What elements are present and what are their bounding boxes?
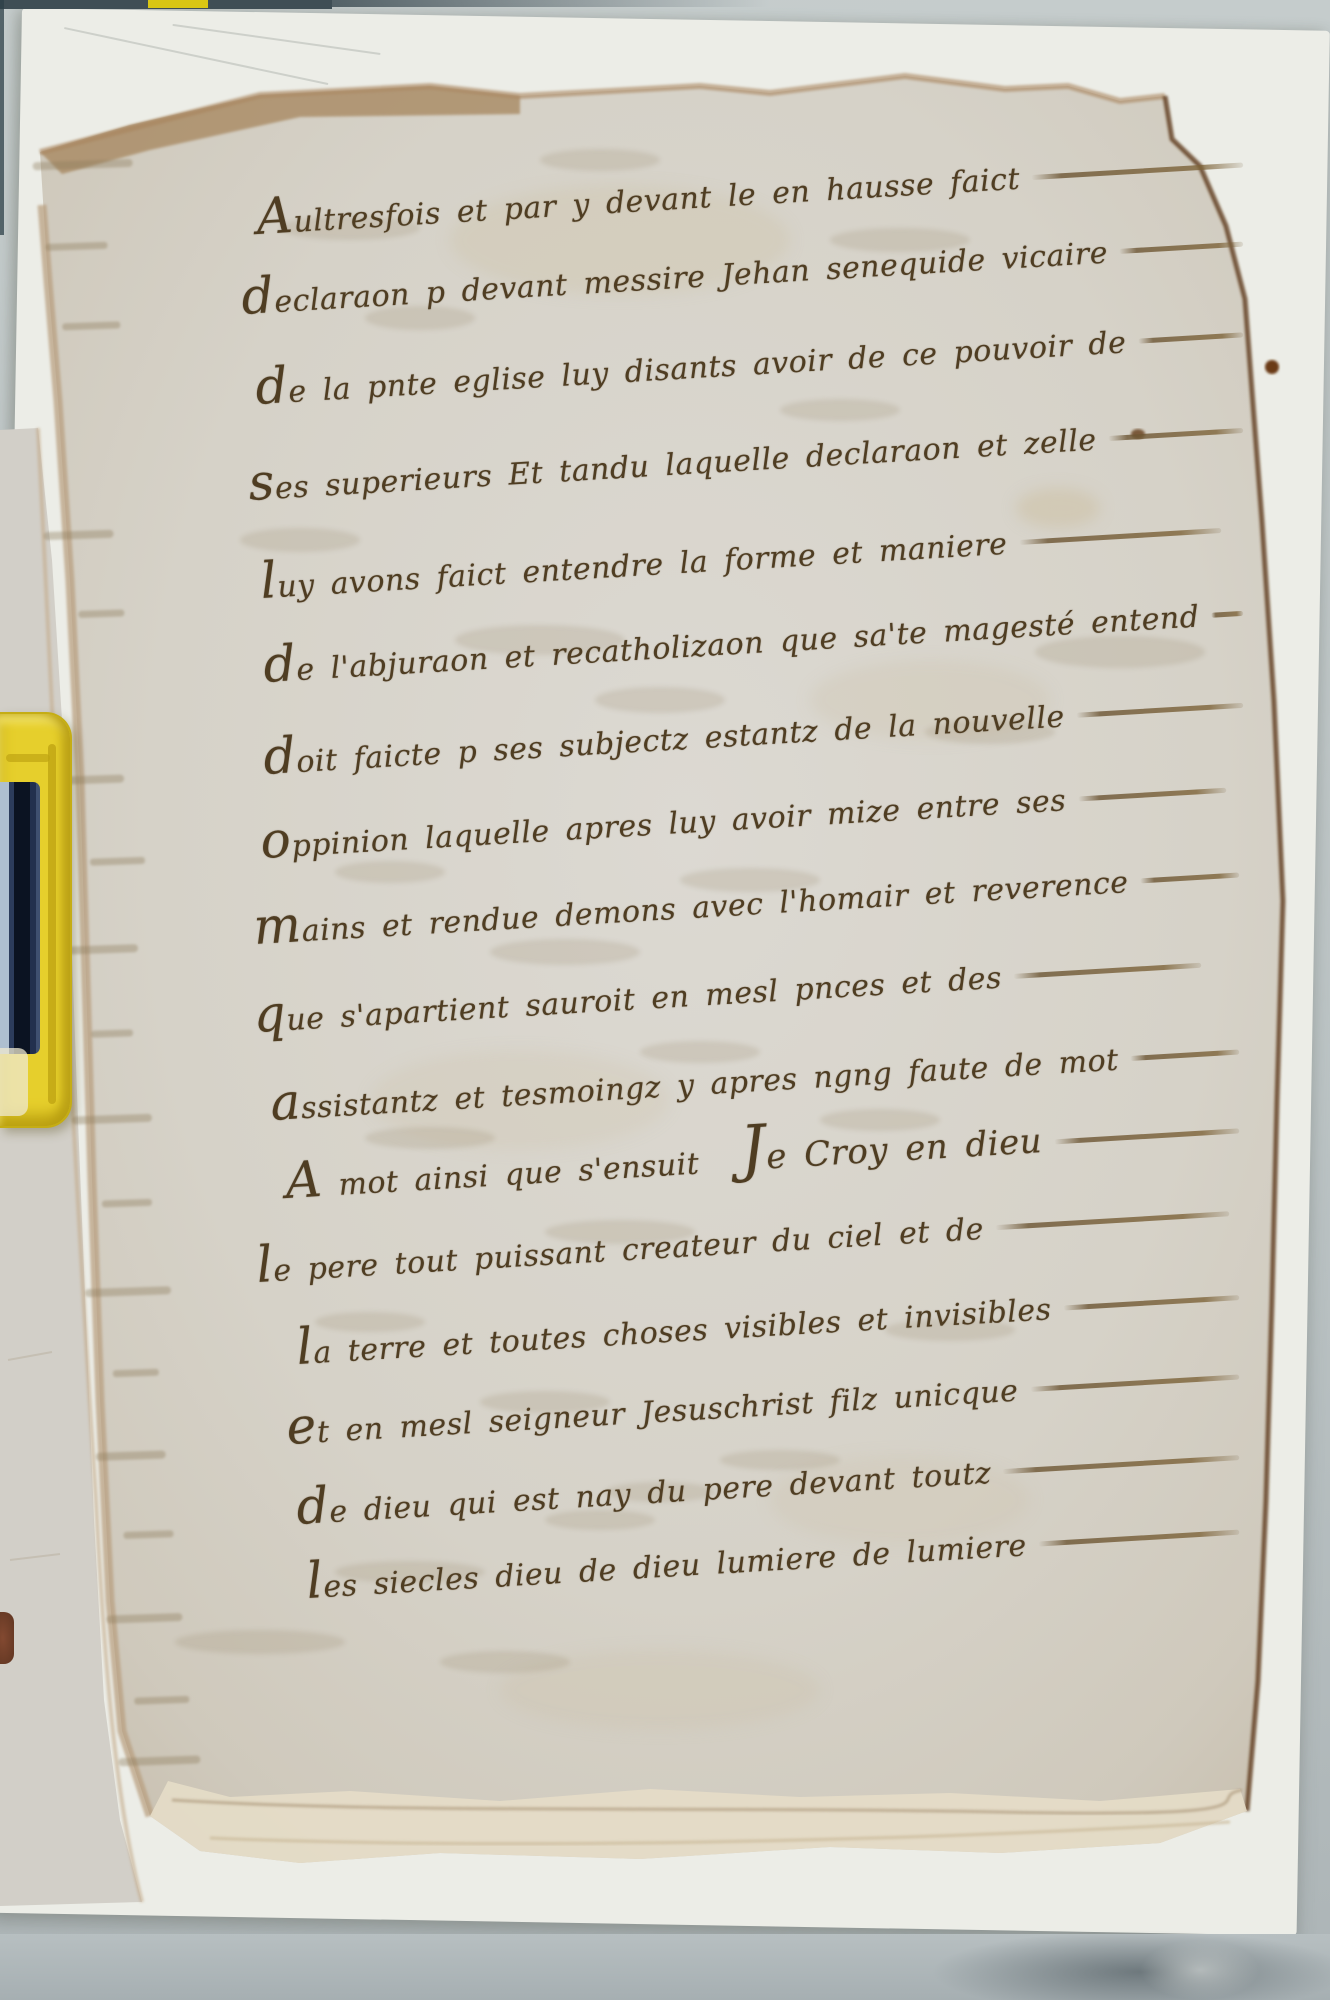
line-end-flourish xyxy=(1054,1128,1239,1144)
clip-groove xyxy=(48,744,56,1104)
line-text: de la pnte eglise luy disants avoir de c… xyxy=(255,325,1127,412)
line-text: les siecles dieu de dieu lumiere de lumi… xyxy=(306,1528,1028,1606)
line-end-flourish xyxy=(1211,611,1243,618)
line-end-flourish xyxy=(1078,788,1227,802)
line-end-flourish xyxy=(1130,1050,1239,1061)
rust-stain xyxy=(0,1612,14,1664)
clip-groove xyxy=(6,754,50,762)
handwritten-text-block: Aultresfois et par y devant le en hausse… xyxy=(0,0,1330,2000)
line-end-flourish xyxy=(1030,1374,1239,1391)
line-end-flourish xyxy=(1019,528,1221,545)
line-end-flourish xyxy=(1108,428,1243,441)
yellow-clip xyxy=(0,712,72,1128)
line-end-flourish xyxy=(1140,873,1239,884)
clip-foot xyxy=(0,1048,28,1116)
line-text: ses superieurs Et tandu laquelle declara… xyxy=(248,423,1098,508)
line-text: que s'apartient sauroit en mesl pnces et… xyxy=(253,961,1003,1040)
line-end-flourish xyxy=(1032,162,1244,180)
line-end-flourish xyxy=(1120,242,1244,254)
line-end-flourish xyxy=(1076,703,1243,718)
line-end-flourish xyxy=(1138,332,1243,343)
clip-metal-bar xyxy=(0,782,40,1054)
manuscript-line: ses superieurs Et tandu laquelle declara… xyxy=(246,389,1250,508)
line-end-flourish xyxy=(1038,1530,1239,1547)
line-text: A mot ainsi que s'ensuit xyxy=(285,1147,700,1206)
photo-of-manuscript: Aultresfois et par y devant le en hausse… xyxy=(0,0,1330,2000)
line-text: Je Croy en dieu xyxy=(740,1121,1043,1179)
line-end-flourish xyxy=(996,1211,1230,1230)
line-end-flourish xyxy=(1014,963,1202,979)
line-end-flourish xyxy=(1063,1295,1239,1310)
line-end-flourish xyxy=(1003,1455,1239,1474)
